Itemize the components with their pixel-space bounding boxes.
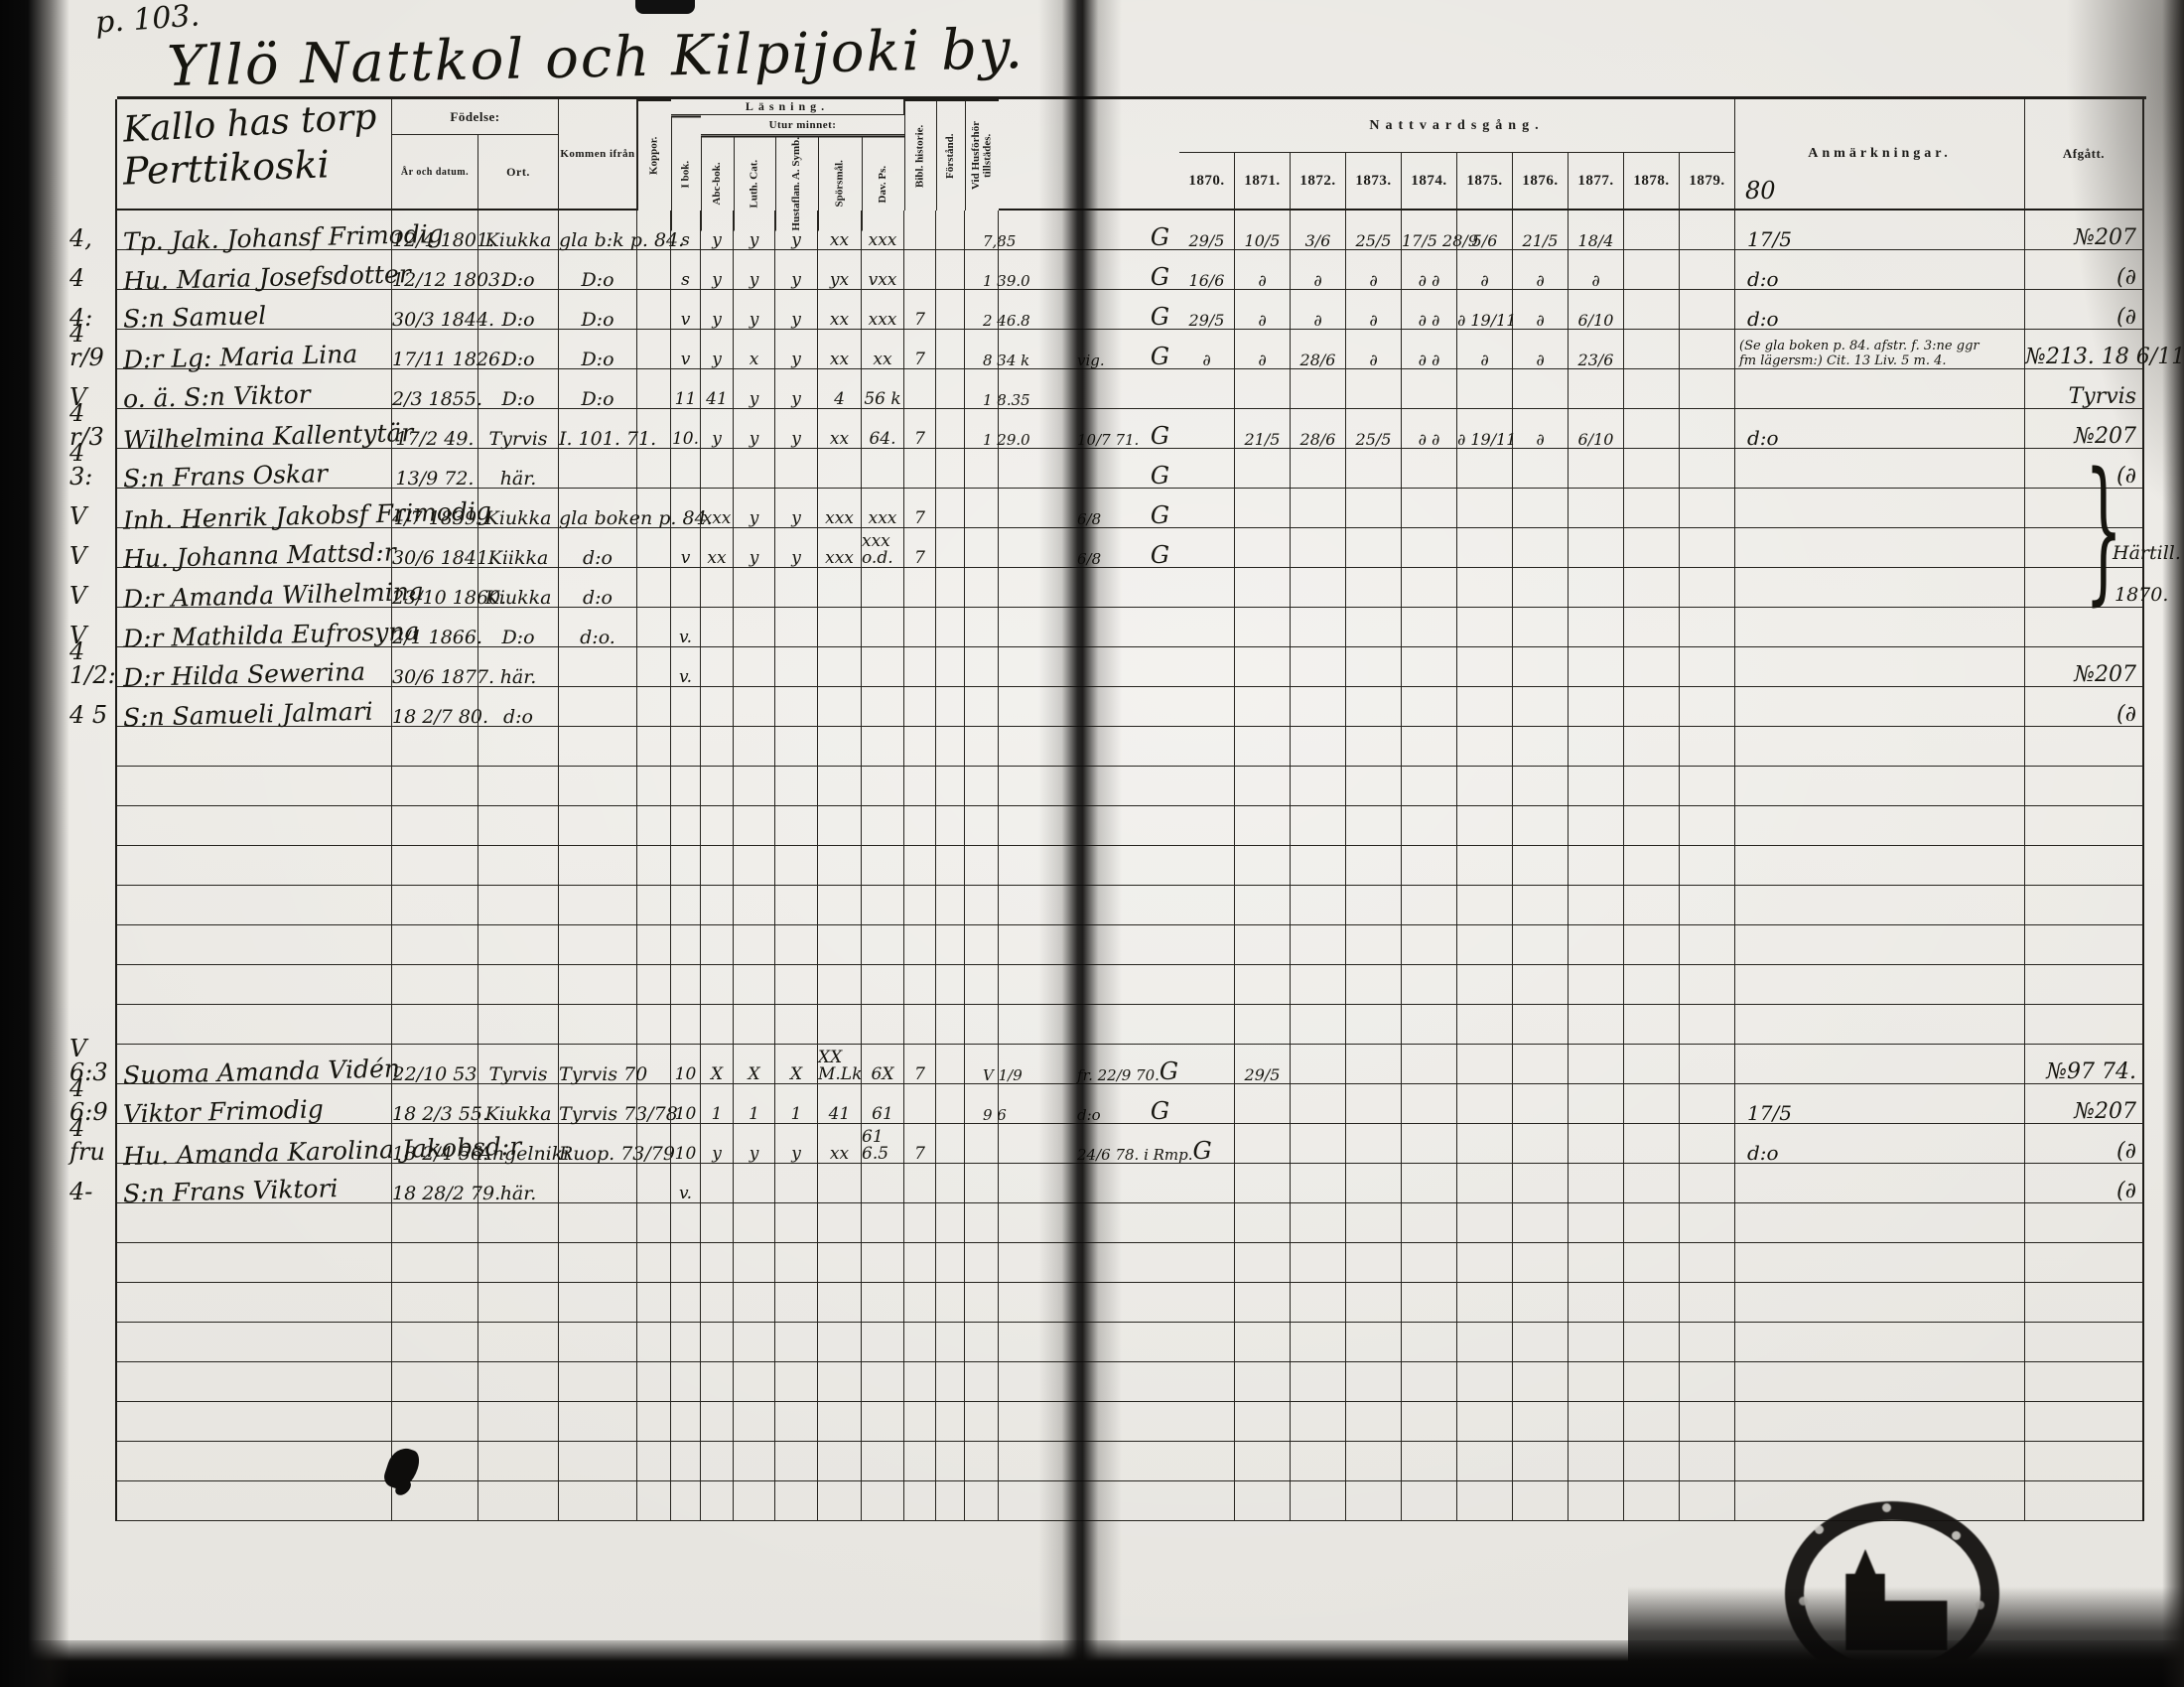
table-row: 4 r/9D:r Lg: Maria Lina17/11 1826.D:oD:o… [60,330,1179,369]
communion-1876-cell [1513,608,1569,647]
psalms-mark-cell [862,886,904,925]
brace-note-line2: 1870. [2115,584,2168,606]
communion-1875-cell [1457,1045,1513,1084]
abc-book-mark-cell [701,1243,734,1283]
departed-cell: №97 74. [2025,1045,2144,1084]
smallpox-cell [637,489,671,528]
communion-1874-cell [1402,568,1457,608]
birth-place-cell: här. [478,449,559,489]
gutter-note-cell: 6/8G [1077,528,1179,568]
communion-1878-cell [1624,767,1680,806]
birth-place-cell: Kiukka [478,489,559,528]
communion-1874-cell [1402,886,1457,925]
communion-1877-cell [1569,1045,1624,1084]
communion-1871-cell: 10/5 [1235,211,1291,250]
communion-1877-cell [1569,1005,1624,1045]
smallpox-cell [637,925,671,965]
communion-1879-cell [1680,369,1735,409]
birth-place-cell [478,767,559,806]
departed-cell [2025,806,2144,846]
communion-1879-cell [1680,1362,1735,1402]
birth-date-cell: 12/4 1801. [392,211,478,250]
remarks-cell [1735,767,2025,806]
right-page-table: Nattvardsgång. 1870.1871.1872.1873.1874.… [1179,99,2144,1521]
remarks-cell [1735,1283,2025,1323]
psalms-mark-cell [862,1481,904,1521]
smallpox-cell [637,1084,671,1124]
hustavla-mark-cell: y [775,409,818,449]
questions-mark-cell [818,568,862,608]
in-book-mark-cell [671,1283,701,1323]
psalms-mark-cell: 64. [862,409,904,449]
name-cell [117,965,392,1005]
birth-group-header: Födelse: År och datum. Ort. [392,99,559,211]
arrived-from-cell [559,886,637,925]
communion-1875-cell [1457,806,1513,846]
questions-mark-cell: xx [818,290,862,330]
abc-book-mark-cell: y [701,250,734,290]
present-at-examination-cell [965,1323,999,1362]
comprehension-mark-cell [936,1442,965,1481]
in-book-mark-cell [671,806,701,846]
communion-1874-cell: ∂ ∂ [1402,250,1457,290]
bible-history-mark-cell [904,1442,936,1481]
arrived-from-cell: Tyrvis 70 [559,1045,637,1084]
table-row: ∂∂28/6∂∂ ∂∂∂23/6(Se gla boken p. 84. afs… [1179,330,2144,369]
examination-fraction-cell [999,687,1077,727]
comprehension-mark-cell [936,1323,965,1362]
birth-date-cell [392,1323,478,1362]
communion-1875-cell [1457,1164,1513,1203]
gutter-note-cell [1077,1323,1179,1362]
name-cell [117,1005,392,1045]
smallpox-cell [637,250,671,290]
birth-place-label: Ort. [506,165,530,180]
birth-date-cell [392,1283,478,1323]
communion-1875-cell: ∂ 19/11 [1457,409,1513,449]
questions-mark-cell [818,647,862,687]
communion-label: Nattvardsgång. [1369,118,1544,134]
examination-fraction-cell: 1 8.35 [999,369,1077,409]
abc-book-mark-cell [701,846,734,886]
table-row [60,1442,1179,1481]
smallpox-cell [637,1045,671,1084]
in-book-mark-cell: v. [671,647,701,687]
communion-1872-cell [1291,647,1346,687]
hustavla-mark-cell [775,1243,818,1283]
bible-history-mark-cell [904,767,936,806]
luther-catechism-mark-cell [734,568,775,608]
comprehension-mark-cell [936,211,965,250]
remarks-cell [1735,1402,2025,1442]
table-row: VInh. Henrik Jakobsf Frimodig4/7 1839.Ki… [60,489,1179,528]
communion-1875-cell [1457,1402,1513,1442]
questions-mark-cell [818,806,862,846]
birth-date-cell [392,886,478,925]
gutter-note-cell [1077,886,1179,925]
communion-1870-cell [1179,1402,1235,1442]
hustavla-mark-cell: y [775,1124,818,1164]
communion-1878-cell [1624,1084,1680,1124]
communion-1871-cell: ∂ [1235,250,1291,290]
communion-1877-cell [1569,608,1624,647]
departed-cell [2025,1442,2144,1481]
bible-history-mark-cell [904,608,936,647]
present-at-examination-cell [965,1481,999,1521]
departed-cell: (∂ [2025,1124,2144,1164]
gutter-note-cell [1077,1362,1179,1402]
arrived-from-cell: d:o. [559,608,637,647]
examination-fraction-cell: 1 29.0 [999,409,1077,449]
name-cell: S:n Frans Viktori [117,1164,392,1203]
communion-1870-cell [1179,528,1235,568]
birth-place-cell: D:o [478,608,559,647]
in-book-mark-cell [671,925,701,965]
name-cell [117,1442,392,1481]
communion-1871-cell [1235,727,1291,767]
gutter-note-cell [1077,806,1179,846]
psalms-mark-cell: 61 [862,1084,904,1124]
communion-1872-cell [1291,489,1346,528]
questions-mark-cell: xx [818,211,862,250]
communion-1876-cell [1513,489,1569,528]
communion-1878-cell [1624,1243,1680,1283]
communion-1876-cell: ∂ [1513,330,1569,369]
communion-1879-cell [1680,330,1735,369]
year-header-1876: 1876. [1513,153,1569,211]
remarks-cell [1735,1362,2025,1402]
abc-book-mark-cell [701,1362,734,1402]
communion-1877-cell [1569,568,1624,608]
scan-right-edge [2162,0,2184,1687]
in-book-mark-cell: v [671,528,701,568]
arrived-from-cell [559,1481,637,1521]
smallpox-cell [637,846,671,886]
table-row [1179,846,2144,886]
communion-1871-cell: 21/5 [1235,409,1291,449]
communion-1877-cell: 23/6 [1569,330,1624,369]
bible-history-mark-cell [904,449,936,489]
smallpox-cell [637,1323,671,1362]
communion-1870-cell [1179,1005,1235,1045]
gutter-note-cell [1077,1442,1179,1481]
table-row [60,1323,1179,1362]
hustavla-mark-cell [775,965,818,1005]
remarks-cell [1735,1203,2025,1243]
abc-book-mark-cell [701,1481,734,1521]
communion-1874-cell [1402,528,1457,568]
smallpox-cell [637,687,671,727]
communion-1876-cell [1513,1283,1569,1323]
abc-book-mark-cell [701,1402,734,1442]
questions-mark-cell [818,846,862,886]
in-book-mark-cell [671,727,701,767]
communion-1879-cell [1680,727,1735,767]
right-table-header: Nattvardsgång. 1870.1871.1872.1873.1874.… [1179,99,2144,211]
communion-1874-cell [1402,1203,1457,1243]
comprehension-mark-cell [936,846,965,886]
communion-1879-cell [1680,1243,1735,1283]
communion-1879-cell [1680,687,1735,727]
table-row: V 6:3Suoma Amanda Vidén22/10 53TyrvisTyr… [60,1045,1179,1084]
hustavla-mark-cell: y [775,250,818,290]
abc-book-mark-cell [701,925,734,965]
arrived-from-cell: d:o [559,528,637,568]
communion-1878-cell [1624,965,1680,1005]
gutter-note-cell: vig.G [1077,330,1179,369]
hustavla-mark-cell [775,846,818,886]
hustavla-mark-cell [775,647,818,687]
communion-1878-cell [1624,211,1680,250]
communion-1876-cell [1513,568,1569,608]
arrived-from-cell [559,1203,637,1243]
communion-1875-cell: ∂ 19/11 [1457,290,1513,330]
birth-date-cell: 12/12 1803. [392,250,478,290]
smallpox-cell [637,211,671,250]
communion-1873-cell [1346,767,1402,806]
communion-1871-cell [1235,1402,1291,1442]
hustavla-mark-cell: y [775,211,818,250]
communion-1871-cell [1235,886,1291,925]
luther-catechism-mark-cell [734,608,775,647]
communion-1878-cell [1624,1323,1680,1362]
communion-1878-cell [1624,727,1680,767]
table-row: 4 fruHu. Amanda Karolina Jakobsd:r18 2/4… [60,1124,1179,1164]
abc-book-mark-cell [701,886,734,925]
hustavla-mark-cell [775,1164,818,1203]
luther-catechism-mark-cell [734,965,775,1005]
examination-fraction-cell [999,767,1077,806]
table-top-border [117,96,2146,99]
communion-1876-cell [1513,1084,1569,1124]
communion-1875-cell [1457,687,1513,727]
birth-place-cell: här. [478,1164,559,1203]
communion-1878-cell [1624,528,1680,568]
comprehension-mark-cell [936,250,965,290]
communion-1878-cell [1624,290,1680,330]
arrived-from-cell [559,806,637,846]
communion-1873-cell [1346,1203,1402,1243]
arrived-from-cell [559,687,637,727]
gutter-note-cell [1077,1402,1179,1442]
communion-1878-cell [1624,409,1680,449]
table-row: (∂ [1179,1164,2144,1203]
communion-1875-cell [1457,449,1513,489]
birth-date-cell: 17/11 1826. [392,330,478,369]
communion-1876-cell [1513,925,1569,965]
bible-history-mark-cell [904,250,936,290]
smallpox-cell [637,1402,671,1442]
communion-1876-cell: 21/5 [1513,211,1569,250]
name-cell: Viktor Frimodig [117,1084,392,1124]
communion-1875-cell [1457,1283,1513,1323]
hustavla-mark-cell [775,1362,818,1402]
bible-history-mark-cell [904,687,936,727]
remarks-cell [1735,925,2025,965]
communion-1872-cell [1291,1442,1346,1481]
year-header-1872: 1872. [1291,153,1346,211]
birth-date-cell [392,1203,478,1243]
communion-1879-cell [1680,1442,1735,1481]
table-row [1179,1402,2144,1442]
birth-place-cell [478,727,559,767]
communion-1873-cell: 25/5 [1346,211,1402,250]
communion-1879-cell [1680,250,1735,290]
communion-1871-cell [1235,1164,1291,1203]
gutter-note-cell: 10/7 71.G [1077,409,1179,449]
comprehension-mark-cell [936,1243,965,1283]
luther-catechism-mark-cell [734,846,775,886]
comprehension-mark-cell [936,369,965,409]
table-row: Vo. ä. S:n Viktor2/3 1855.D:oD:o1141yy45… [60,369,1179,409]
communion-1875-cell [1457,1203,1513,1243]
communion-1875-cell [1457,608,1513,647]
examination-fraction-cell [999,1124,1077,1164]
departed-cell [2025,965,2144,1005]
reading-group-header: Läsning. I bok. Utur minnet: Abc-bok. Lu… [671,99,904,211]
communion-1875-cell [1457,1481,1513,1521]
left-table-header: Kallo has torp Perttikoski Födelse: År o… [60,99,1179,211]
gutter-note-cell [1077,1243,1179,1283]
present-at-examination-cell [965,568,999,608]
name-cell [117,846,392,886]
examination-fraction-cell [999,1442,1077,1481]
abc-book-mark-cell: y [701,330,734,369]
in-book-mark-cell [671,767,701,806]
communion-1873-cell [1346,1005,1402,1045]
communion-1877-cell [1569,1164,1624,1203]
communion-1870-cell: 16/6 [1179,250,1235,290]
communion-1873-cell: ∂ [1346,330,1402,369]
communion-1873-cell [1346,1362,1402,1402]
left-table-rows: 4,Tp. Jak. Johansf Frimodig12/4 1801.Kiu… [60,211,1179,1521]
communion-1871-cell [1235,608,1291,647]
name-cell [117,1323,392,1362]
table-row [1179,608,2144,647]
communion-1876-cell [1513,806,1569,846]
smallpox-header: Koppor. [637,99,671,211]
communion-1877-cell [1569,846,1624,886]
communion-1877-cell [1569,886,1624,925]
arrived-from-cell [559,1243,637,1283]
household-name-header: Kallo has torp Perttikoski [117,99,392,211]
communion-1876-cell [1513,1203,1569,1243]
communion-1874-cell [1402,806,1457,846]
page-title: Yllö Nattkol och Kilpijoki by. [166,17,1024,99]
communion-1879-cell [1680,647,1735,687]
questions-mark-cell: XX M.Lk [818,1045,862,1084]
hustavla-mark-cell [775,886,818,925]
hustavla-mark-cell [775,568,818,608]
gutter-note-cell: 6/8G [1077,489,1179,528]
communion-1874-cell [1402,1084,1457,1124]
luther-catechism-mark-cell [734,1362,775,1402]
communion-1871-cell [1235,1283,1291,1323]
communion-1870-cell [1179,687,1235,727]
smallpox-cell [637,647,671,687]
abc-book-mark-cell: 41 [701,369,734,409]
examination-fraction-cell [999,1243,1077,1283]
name-cell: Inh. Henrik Jakobsf Frimodig [117,489,392,528]
communion-1877-cell [1569,1481,1624,1521]
birth-date-cell: 30/6 1841. [392,528,478,568]
birth-place-cell: här. [478,647,559,687]
table-row [60,1203,1179,1243]
communion-1870-cell [1179,1481,1235,1521]
psalms-mark-cell [862,1203,904,1243]
abc-book-mark-cell [701,608,734,647]
communion-1871-cell: ∂ [1235,290,1291,330]
examination-fraction-cell: 9 6 [999,1084,1077,1124]
communion-1875-cell: ∂ [1457,330,1513,369]
comprehension-mark-cell [936,290,965,330]
comprehension-mark-cell [936,1005,965,1045]
communion-1873-cell [1346,1442,1402,1481]
remarks-cell [1735,1164,2025,1203]
comprehension-mark-cell [936,1164,965,1203]
remarks-cell [1735,1005,2025,1045]
communion-1873-cell [1346,1045,1402,1084]
communion-1870-cell [1179,767,1235,806]
communion-1873-cell: 25/5 [1346,409,1402,449]
smallpox-cell [637,369,671,409]
present-at-examination-cell [965,965,999,1005]
communion-1872-cell [1291,1481,1346,1521]
communion-1871-cell [1235,489,1291,528]
comprehension-mark-cell [936,1124,965,1164]
communion-1872-cell [1291,965,1346,1005]
luther-catechism-mark-cell [734,806,775,846]
remarks-cell [1735,449,2025,489]
table-row: 4 3:S:n Frans Oskar13/9 72.här.G [60,449,1179,489]
birth-date-cell: 18 2/7 80. [392,687,478,727]
hustavla-mark-cell: y [775,489,818,528]
present-at-examination-cell [965,528,999,568]
psalms-mark-cell [862,608,904,647]
luther-catechism-mark-cell: y [734,211,775,250]
abc-book-mark-cell [701,1442,734,1481]
smallpox-cell [637,330,671,369]
comprehension-mark-cell [936,886,965,925]
communion-1870-cell [1179,369,1235,409]
birth-date-cell [392,1402,478,1442]
in-book-mark-cell [671,1362,701,1402]
communion-1875-cell [1457,1243,1513,1283]
birth-date-cell [392,767,478,806]
communion-1873-cell [1346,965,1402,1005]
examination-fraction-cell [999,489,1077,528]
bible-history-mark-cell [904,727,936,767]
communion-1873-cell [1346,846,1402,886]
communion-1873-cell [1346,369,1402,409]
name-cell: Hu. Johanna Mattsd:r [117,528,392,568]
communion-1872-cell [1291,1203,1346,1243]
arrived-from-cell: D:o [559,250,637,290]
table-row: Tyrvis [1179,369,2144,409]
communion-1870-cell [1179,1045,1235,1084]
name-cell: Hu. Amanda Karolina Jakobsd:r [117,1124,392,1164]
communion-1878-cell [1624,1402,1680,1442]
name-cell [117,806,392,846]
birth-date-label: År och datum. [401,167,469,178]
bible-history-mark-cell: 7 [904,1045,936,1084]
arrived-from-cell: D:o [559,290,637,330]
communion-1876-cell [1513,1164,1569,1203]
luther-catechism-mark-cell: 1 [734,1084,775,1124]
gutter-note-cell: 24/6 78. i Rmp.G [1077,1124,1179,1164]
hustavla-mark-cell: y [775,528,818,568]
abc-book-mark-cell [701,1203,734,1243]
